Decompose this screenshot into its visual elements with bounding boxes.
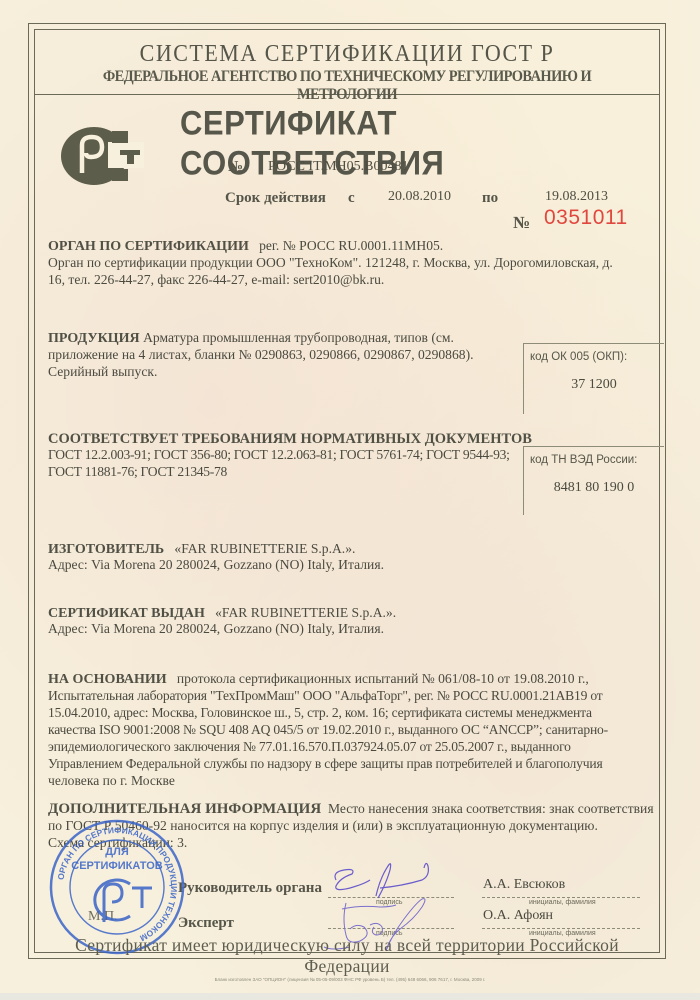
blank-serial-number: 0351011 [544, 206, 628, 230]
validity-to-label: по [482, 190, 498, 207]
valid-to-date: 19.08.2013 [545, 189, 608, 205]
product-heading: ПРОДУКЦИЯ [48, 331, 140, 346]
certification-body-reg: рег. № РОСС RU.0001.11МН05. [259, 238, 443, 253]
tnved-code-value: 8481 80 190 0 [524, 480, 664, 496]
expert-label: Эксперт [178, 915, 234, 932]
compliance-line1: ГОСТ 12.2.003-91; ГОСТ 356-80; ГОСТ 12.2… [48, 446, 510, 463]
head-label: Руководитель органа [178, 880, 322, 897]
basis-line4: качества ISO 9001:2008 № SQU 408 AQ 045/… [48, 721, 608, 738]
additional-heading: ДОПОЛНИТЕЛЬНАЯ ИНФОРМАЦИЯ [48, 801, 321, 817]
product-line2: приложение на 4 листах, бланки № 0290863… [48, 346, 474, 363]
issued-to-name: «FAR RUBINETTERIE S.p.A.». [215, 605, 396, 620]
tnved-code-box: код ТН ВЭД России: 8481 80 190 0 [523, 446, 664, 515]
head-name: А.А. Евсюков [483, 877, 565, 893]
basis-line5: эпидемиологического заключения № 77.01.1… [48, 738, 571, 755]
basis-heading: НА ОСНОВАНИИ [48, 672, 167, 687]
certification-body-heading: ОРГАН ПО СЕРТИФИКАЦИИ [48, 239, 249, 254]
issued-to-heading: СЕРТИФИКАТ ВЫДАН [48, 606, 205, 621]
validity-from-label: с [348, 190, 355, 207]
basis-line6: Управлением Федеральной службы по надзор… [48, 755, 603, 772]
manufacturer-address: Адрес: Via Morena 20 280024, Gozzano (NO… [48, 556, 384, 573]
certification-body-line1: Орган по сертификации продукции ООО "Тех… [48, 254, 613, 271]
head-name-line [482, 897, 640, 898]
basis-line2: Испытательная лаборатория "ТехПромМаш" О… [48, 687, 603, 704]
okp-code-label: код ОК 005 (ОКП): [524, 344, 664, 363]
product-line3: Серийный выпуск. [48, 363, 157, 380]
expert-name: О.А. Афоян [483, 908, 553, 924]
basis-line3: 15.04.2010, адрес: Москва, Головинское ш… [48, 704, 592, 721]
head-name-caption: инициалы, фамилия [529, 899, 596, 906]
manufacturer-heading: ИЗГОТОВИТЕЛЬ [48, 542, 164, 557]
product-line1: Арматура промышленная трубопроводная, ти… [143, 330, 454, 345]
additional-line1: Место нанесения знака соответствия: знак… [328, 801, 654, 816]
okp-code-value: 37 1200 [524, 377, 664, 393]
stamp-center-top: ДЛЯ [105, 846, 129, 858]
agency-title: ФЕДЕРАЛЬНОЕ АГЕНТСТВО ПО ТЕХНИЧЕСКОМУ РЕ… [56, 68, 638, 104]
certificate-title: СЕРТИФИКАТ СООТВЕТСТВИЯ [180, 103, 650, 184]
issued-to-address: Адрес: Via Morena 20 280024, Gozzano (NO… [48, 620, 384, 637]
compliance-line2: ГОСТ 11881-76; ГОСТ 21345-78 [48, 463, 227, 480]
basis-line7: человека по г. Москве [48, 772, 175, 789]
valid-from-date: 20.08.2010 [388, 189, 451, 205]
serial-sign: № [513, 213, 530, 233]
number-sign: № [228, 159, 243, 175]
tnved-code-label: код ТН ВЭД России: [524, 447, 664, 466]
certification-body-line2: 16, тел. 226-44-27, факс 226-44-27, e-ma… [48, 271, 384, 288]
expert-name-line [482, 928, 640, 929]
basis-line1: протокола сертификационных испытаний № 0… [177, 671, 589, 686]
rst-mark-icon [58, 125, 144, 187]
scan-edge [0, 993, 700, 1000]
okp-code-box: код ОК 005 (ОКП): 37 1200 [523, 343, 664, 414]
certificate-number: РОСС IT.МН05.В00481 [268, 159, 409, 175]
validity-label: Срок действия [225, 190, 326, 206]
system-title: СИСТЕМА СЕРТИФИКАЦИИ ГОСТ Р [34, 38, 660, 67]
printer-imprint: Бланк изготовлен ЗАО "ОПЦИОН" (лицензия … [0, 977, 700, 982]
legal-validity-statement: Сертификат имеет юридическую силу на все… [34, 935, 660, 977]
stamp-center: СЕРТИФИКАТОВ [71, 860, 163, 872]
manufacturer-name: «FAR RUBINETTERIE S.p.A.». [174, 541, 355, 556]
